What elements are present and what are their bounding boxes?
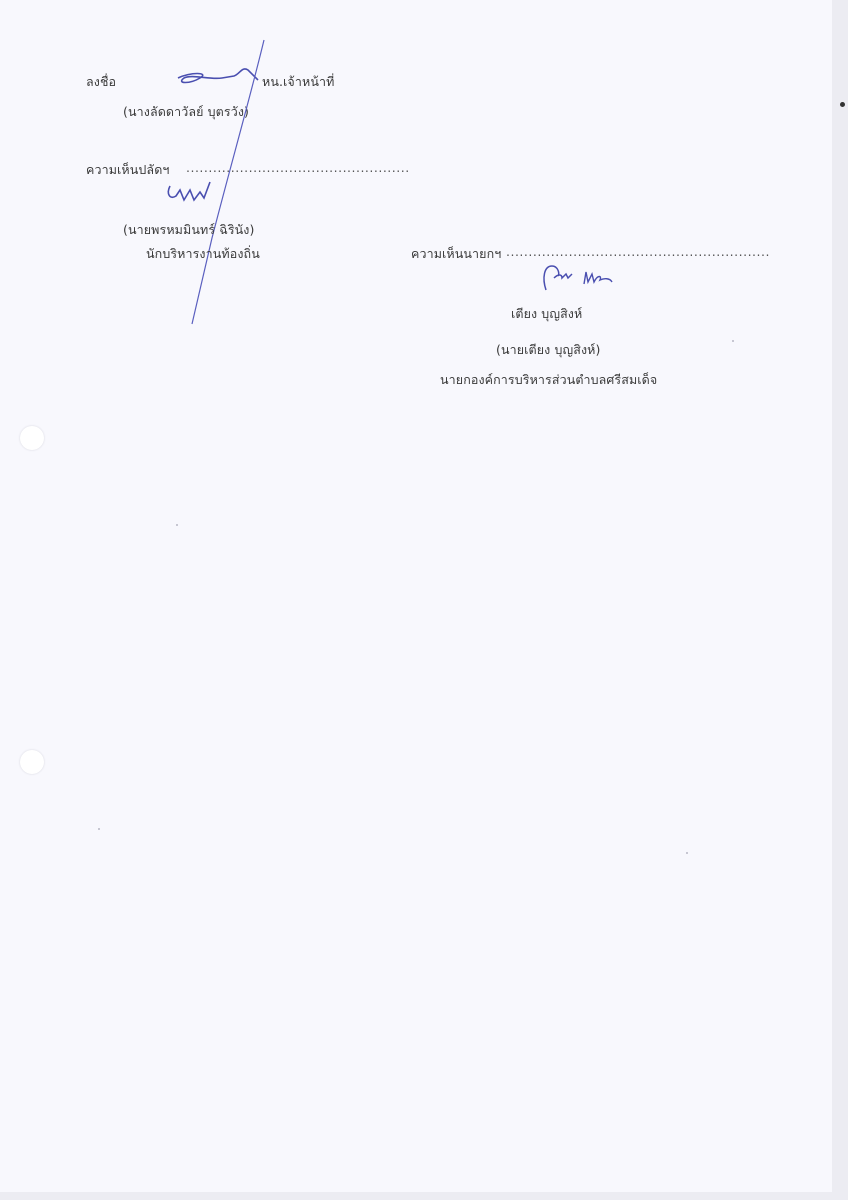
officer-position: หน.เจ้าหน้าที่ — [262, 72, 334, 92]
scan-speck — [176, 524, 178, 526]
scan-edge-right — [832, 0, 848, 1200]
mayor-signature — [538, 260, 618, 294]
scan-speck — [98, 828, 100, 830]
mayor-signature-name: เตียง บุญสิงห์ — [511, 304, 582, 324]
deputy-opinion-dots: ........................................… — [186, 160, 410, 175]
sign-label: ลงชื่อ — [86, 72, 116, 92]
deputy-name: (นายพรหมมินทร์ ฉิรินัง) — [123, 220, 254, 240]
punch-hole-top — [20, 426, 44, 450]
mayor-position: นายกองค์การบริหารส่วนตำบลศรีสมเด็จ — [440, 370, 657, 390]
mayor-name: (นายเตียง บุญสิงห์) — [496, 340, 601, 360]
mayor-opinion-dots: ........................................… — [506, 244, 770, 259]
mayor-opinion-label: ความเห็นนายกฯ — [411, 244, 501, 264]
scan-speck — [686, 852, 688, 854]
deputy-signature — [164, 178, 214, 210]
scan-speck — [840, 102, 845, 107]
deputy-position: นักบริหารงานท้องถิ่น — [146, 244, 260, 264]
punch-hole-bottom — [20, 750, 44, 774]
scan-speck — [732, 340, 734, 342]
scan-edge-bottom — [0, 1192, 848, 1200]
deputy-opinion-label: ความเห็นปลัดฯ — [86, 160, 170, 180]
